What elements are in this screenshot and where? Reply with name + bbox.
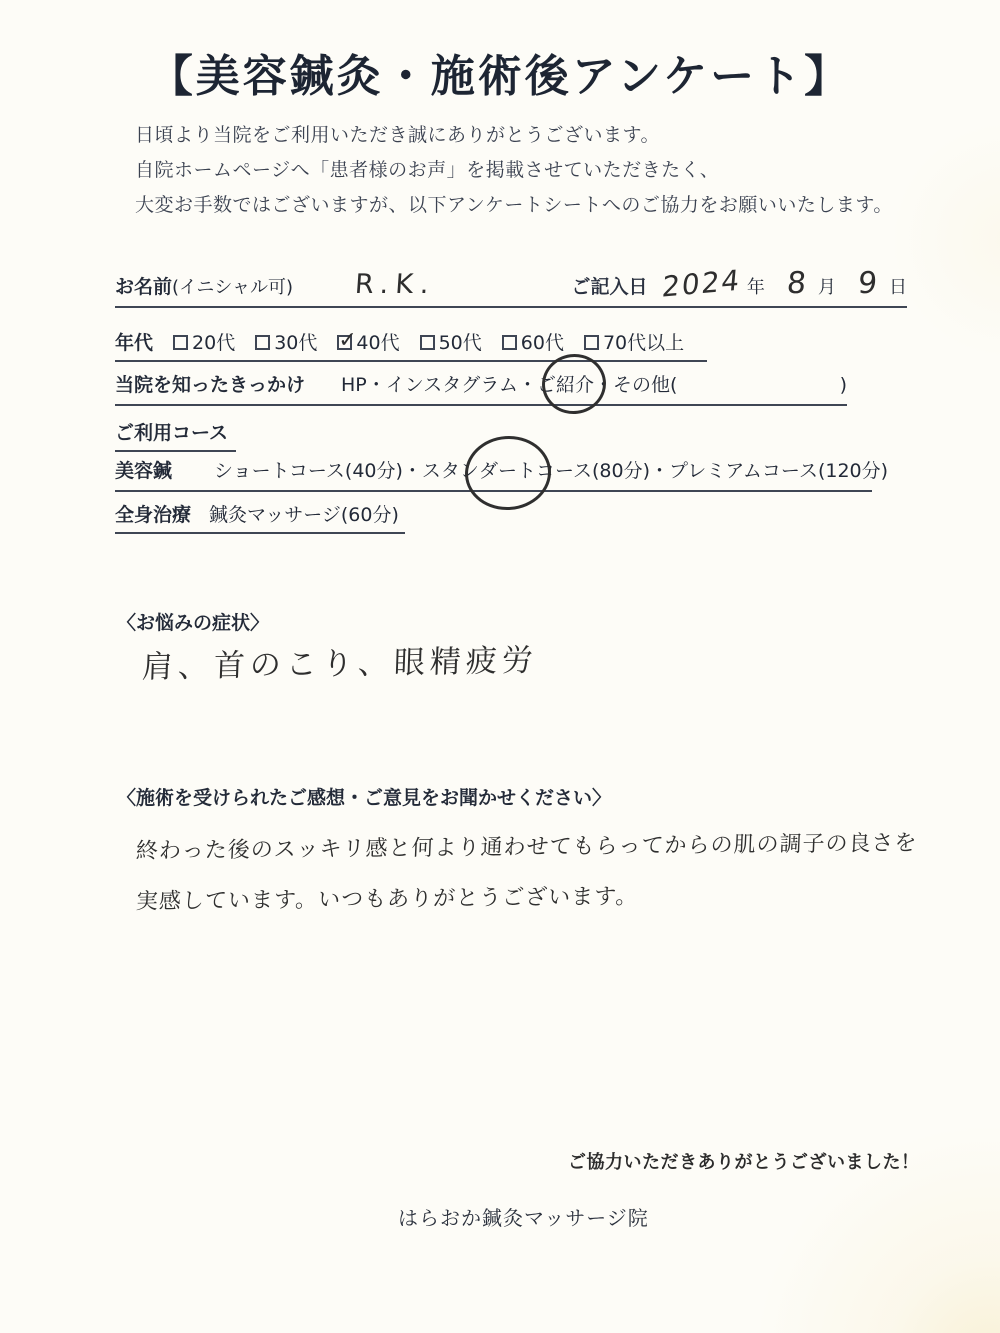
age-option-label: 40代: [356, 328, 399, 355]
intro-line: 大変お手数ではございますが、以下アンケートシートへのご協力をお願いいたします。: [135, 188, 893, 223]
handwritten-name-value: R.K.: [354, 269, 573, 300]
checkbox-icon: [502, 335, 517, 350]
referral-circled-option: 紹介: [556, 370, 594, 397]
feedback-section-heading: 〈施術を受けられたご感想・ご意見をお聞かせください〉: [117, 783, 611, 810]
handwritten-year-value: 2024: [660, 263, 742, 303]
month-unit-label: 月: [818, 273, 836, 299]
age-option-20s: 20代: [173, 328, 235, 355]
referral-options: HP・インスタグラム・ご紹介・その他(: [341, 370, 677, 397]
beauty-acupuncture-course-row: 美容鍼 ショートコース(40分)・スタンダートコース(80分)・プレミアムコース…: [115, 456, 872, 492]
age-option-label: 20代: [192, 328, 235, 355]
course-section-heading: ご利用コース: [115, 418, 236, 452]
age-option-40s: 40代: [337, 328, 399, 355]
full-body-course-row: 全身治療 鍼灸マッサージ(60分): [115, 500, 405, 534]
age-option-70s-plus: 70代以上: [584, 328, 684, 355]
beauty-course-options: ショートコース(40分)・スタンダートコース(80分)・プレミアムコース(120…: [214, 456, 888, 483]
age-label: 年代: [115, 328, 153, 355]
scanned-survey-page: 【美容鍼灸・施術後アンケート】 日頃より当院をご利用いただき誠にありがとうござい…: [0, 0, 1000, 1333]
age-option-label: 30代: [274, 328, 317, 355]
name-note: (イニシャル可): [172, 273, 293, 299]
referral-options-post: ・その他(: [594, 374, 677, 396]
page-title: 【美容鍼灸・施術後アンケート】: [0, 40, 1000, 104]
day-unit-label: 日: [889, 273, 907, 299]
name-label: お名前: [115, 272, 172, 299]
clinic-name: はらおか鍼灸マッサージ院: [398, 1202, 649, 1231]
checkbox-checked-icon: [337, 335, 352, 350]
age-option-50s: 50代: [420, 328, 482, 355]
age-option-label: 60代: [521, 328, 564, 355]
beauty-course-post: コース(80分)・プレミアムコース(120分): [536, 460, 888, 482]
beauty-course-pre: ショートコース(40分)・スタン: [214, 460, 479, 482]
course-circled-text: ダート: [479, 460, 536, 482]
full-body-course-label: 全身治療: [115, 500, 191, 527]
checkbox-icon: [420, 335, 435, 350]
year-unit-label: 年: [747, 273, 765, 299]
checkbox-icon: [584, 335, 599, 350]
age-option-label: 50代: [439, 328, 482, 355]
handwritten-symptoms-answer: 肩、首のこり、眼精疲労: [141, 635, 539, 687]
handwritten-day-value: 9: [856, 266, 880, 301]
referral-circled-text: 紹介: [556, 374, 594, 396]
handwritten-feedback-line: 実感しています。いつもありがとうございます。: [135, 879, 639, 915]
age-option-label: 70代以上: [603, 328, 684, 355]
checkbox-icon: [173, 335, 188, 350]
age-option-30s: 30代: [255, 328, 317, 355]
beauty-course-label: 美容鍼: [115, 456, 172, 483]
handwritten-feedback-line: 終わった後のスッキリ感と何より通わせてもらってからの肌の調子の良さを: [135, 826, 918, 865]
symptoms-section-heading: 〈お悩みの症状〉: [117, 608, 269, 635]
age-option-60s: 60代: [502, 328, 564, 355]
closing-thanks-text: ご協力いただきありがとうございました！: [568, 1148, 920, 1174]
full-body-course-text: 鍼灸マッサージ(60分): [209, 500, 399, 527]
intro-line: 日頃より当院をご利用いただき誠にありがとうございます。: [135, 118, 893, 153]
checkbox-icon: [255, 335, 270, 350]
course-circled-option: ダート: [479, 456, 536, 483]
date-label: ご記入日: [572, 272, 648, 299]
age-row: 年代 20代 30代 40代 50代 60代 70代以上: [115, 328, 707, 362]
intro-line: 自院ホームページへ「患者様のお声」を掲載させていただきたく、: [135, 153, 893, 188]
intro-paragraph: 日頃より当院をご利用いただき誠にありがとうございます。 自院ホームページへ「患者…: [135, 118, 893, 223]
referral-label: 当院を知ったきっかけ: [115, 370, 305, 397]
handwritten-month-value: 8: [785, 266, 809, 301]
name-date-row: お名前 (イニシャル可) R.K. ご記入日 2024 年 8 月 9 日: [115, 266, 907, 308]
referral-close-paren: ): [840, 374, 847, 396]
referral-options-pre: HP・インスタグラム・ご: [341, 374, 556, 396]
referral-row: 当院を知ったきっかけ HP・インスタグラム・ご紹介・その他( ): [115, 370, 847, 406]
